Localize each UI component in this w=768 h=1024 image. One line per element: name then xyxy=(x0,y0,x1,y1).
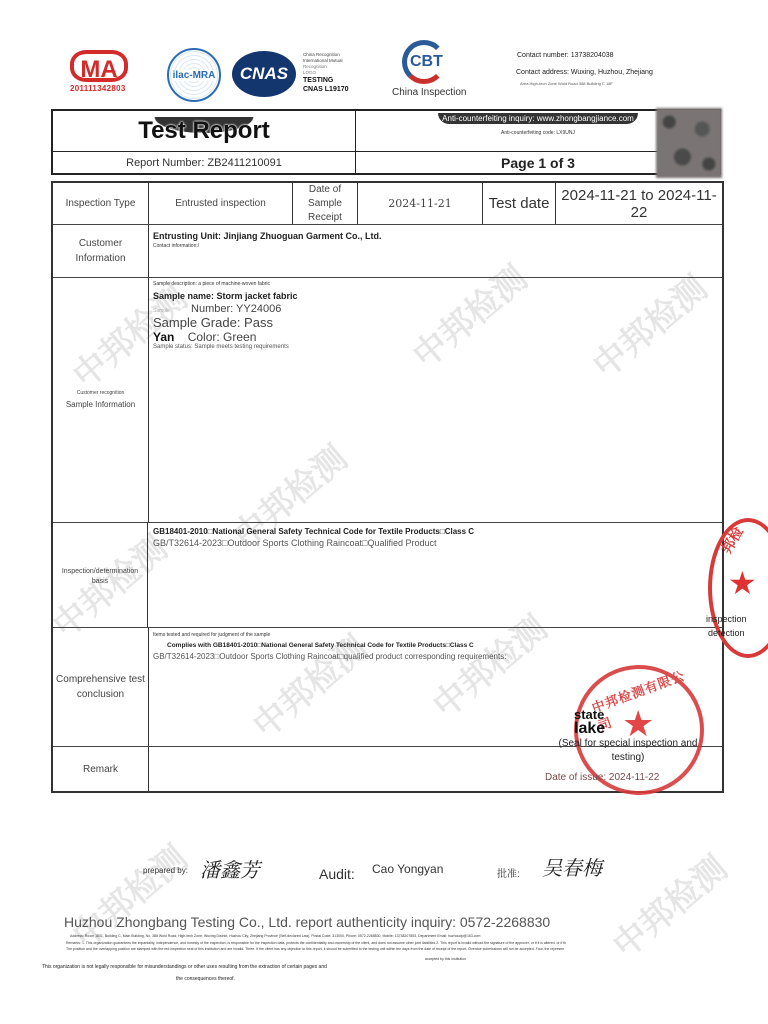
audit-label: Audit: xyxy=(319,866,355,882)
report-number: Report Number: ZB2411210091 xyxy=(53,152,355,174)
contact-info: Contact number: 13738204038 Contact addr… xyxy=(516,50,653,89)
cnas-testing: TESTING xyxy=(303,76,363,85)
report-title: Test Report xyxy=(53,111,355,151)
customer-label: Customer Information xyxy=(53,225,149,277)
customer-row: Customer Information Entrusting Unit: Ji… xyxy=(53,225,722,278)
company-inquiry: Huzhou Zhongbang Testing Co., Ltd. repor… xyxy=(64,914,550,930)
side-seal-text-2: detection xyxy=(706,626,747,640)
conclusion-label: Comprehensive test conclusion xyxy=(53,628,149,746)
test-date-value: 2024-11-21 to 2024-11-22 xyxy=(556,183,722,224)
ilac-text: ilac-MRA xyxy=(172,70,217,81)
accepted-note: accepted by this institution xyxy=(425,957,466,961)
ilac-mra-logo: ilac-MRA xyxy=(167,48,221,102)
inspection-type-label: Inspection Type xyxy=(53,183,149,224)
sample-description: Sample description: a piece of machine-w… xyxy=(153,282,716,288)
sample-row: Customer recognition Sample Information … xyxy=(53,278,722,523)
disclaimer-2: the consequences thereof. xyxy=(176,976,235,982)
remarks-line-1: Remarks: 1. This organization guarantees… xyxy=(66,941,768,945)
prepared-signature: 潘鑫芳 xyxy=(200,854,260,883)
sample-label-main: Sample Information xyxy=(66,397,135,412)
star-icon: ★ xyxy=(728,564,757,602)
receipt-date-value: 2024-11-21 xyxy=(358,183,483,224)
sample-status: Sample status: Sample meets testing requ… xyxy=(153,344,716,351)
side-seal-text-1: inspection xyxy=(706,612,747,626)
remarks-line-2: The position and the overlapping positio… xyxy=(66,947,768,951)
sample-number-prefix: Sample xyxy=(153,308,170,314)
anti-counterfeit-link[interactable]: Anti-counterfeiting inquiry: www.zhongba… xyxy=(438,113,638,124)
sample-color: Color: Green xyxy=(188,330,257,344)
basis-line-1: GB18401-2010□National General Safety Tec… xyxy=(153,527,716,536)
prepared-by-label: prepared by: xyxy=(143,866,188,875)
sample-yan: Yan xyxy=(153,330,174,344)
seal-note: (Seal for special inspection and testing… xyxy=(548,737,708,765)
contact-address-detail: Area High-tech Zone Wold Road 388 Buildi… xyxy=(520,78,653,89)
cbt-logo: CBT xyxy=(400,40,462,86)
disclaimer-1: This organization is not legally respons… xyxy=(42,964,327,970)
report-header: Test Report Report Number: ZB2411210091 … xyxy=(51,109,721,175)
approve-signature: 吴春梅 xyxy=(542,852,602,881)
basis-label: Inspection/determination basis xyxy=(53,523,148,627)
contact-number: Contact number: 13738204038 xyxy=(517,50,653,61)
cbt-caption: China Inspection xyxy=(392,87,467,98)
cnas-logo: CNAS xyxy=(232,51,296,97)
audit-name: Cao Yongyan xyxy=(372,862,443,876)
qr-code-icon xyxy=(656,108,722,178)
conclusion-line-2: GB/T32614-2023□Outdoor Sports Clothing R… xyxy=(153,652,716,661)
address-line: Address: Room 1801, Building C, Main Bui… xyxy=(70,934,768,938)
sample-name: Sample name: Storm jacket fabric xyxy=(153,291,716,301)
sample-label-small: Customer recognition xyxy=(77,389,125,397)
contact-information: Contact information:/ xyxy=(153,243,716,249)
inspection-type-row: Inspection Type Entrusted inspection Dat… xyxy=(53,183,722,225)
remark-label: Remark xyxy=(53,747,149,791)
sample-label: Customer recognition Sample Information xyxy=(53,278,149,522)
cma-logo: MA 201111342803 xyxy=(70,50,132,93)
seal-overlay-text: state lake xyxy=(574,708,605,736)
cma-number: 201111342803 xyxy=(70,84,132,93)
watermark: 中邦检测 xyxy=(60,832,196,957)
side-seal-text: inspection detection xyxy=(706,612,747,640)
items-note: Items tested and required for judgment o… xyxy=(153,632,716,638)
cbt-letters: CBT xyxy=(410,53,443,71)
inspection-type-value: Entrusted inspection xyxy=(149,183,293,224)
approve-label: 批准: xyxy=(497,865,520,880)
receipt-date-label: Date of Sample Receipt xyxy=(293,183,358,224)
cnas-caption: China Recognition International Mutual R… xyxy=(303,52,363,94)
cma-mark: MA xyxy=(70,50,128,82)
test-date-label: Test date xyxy=(483,183,556,224)
basis-line-2: GB/T32614-2023□Outdoor Sports Clothing R… xyxy=(153,538,716,548)
conclusion-line-1: Complies with GB18401-2010□National Gene… xyxy=(167,642,716,649)
cnas-id: CNAS L19170 xyxy=(303,85,363,94)
date-of-issue: Date of issue: 2024-11-22 xyxy=(545,772,659,783)
sample-grade: Sample Grade: Pass xyxy=(153,316,716,331)
contact-address: Contact address: Wuxing, Huzhou, Zhejian… xyxy=(516,67,653,78)
sample-number: Number: YY24006 xyxy=(191,303,281,315)
entrusting-unit: Entrusting Unit: Jinjiang Zhuoguan Garme… xyxy=(153,231,716,241)
seal-lake-text: lake xyxy=(574,722,605,736)
basis-row: Inspection/determination basis GB18401-2… xyxy=(53,523,722,628)
